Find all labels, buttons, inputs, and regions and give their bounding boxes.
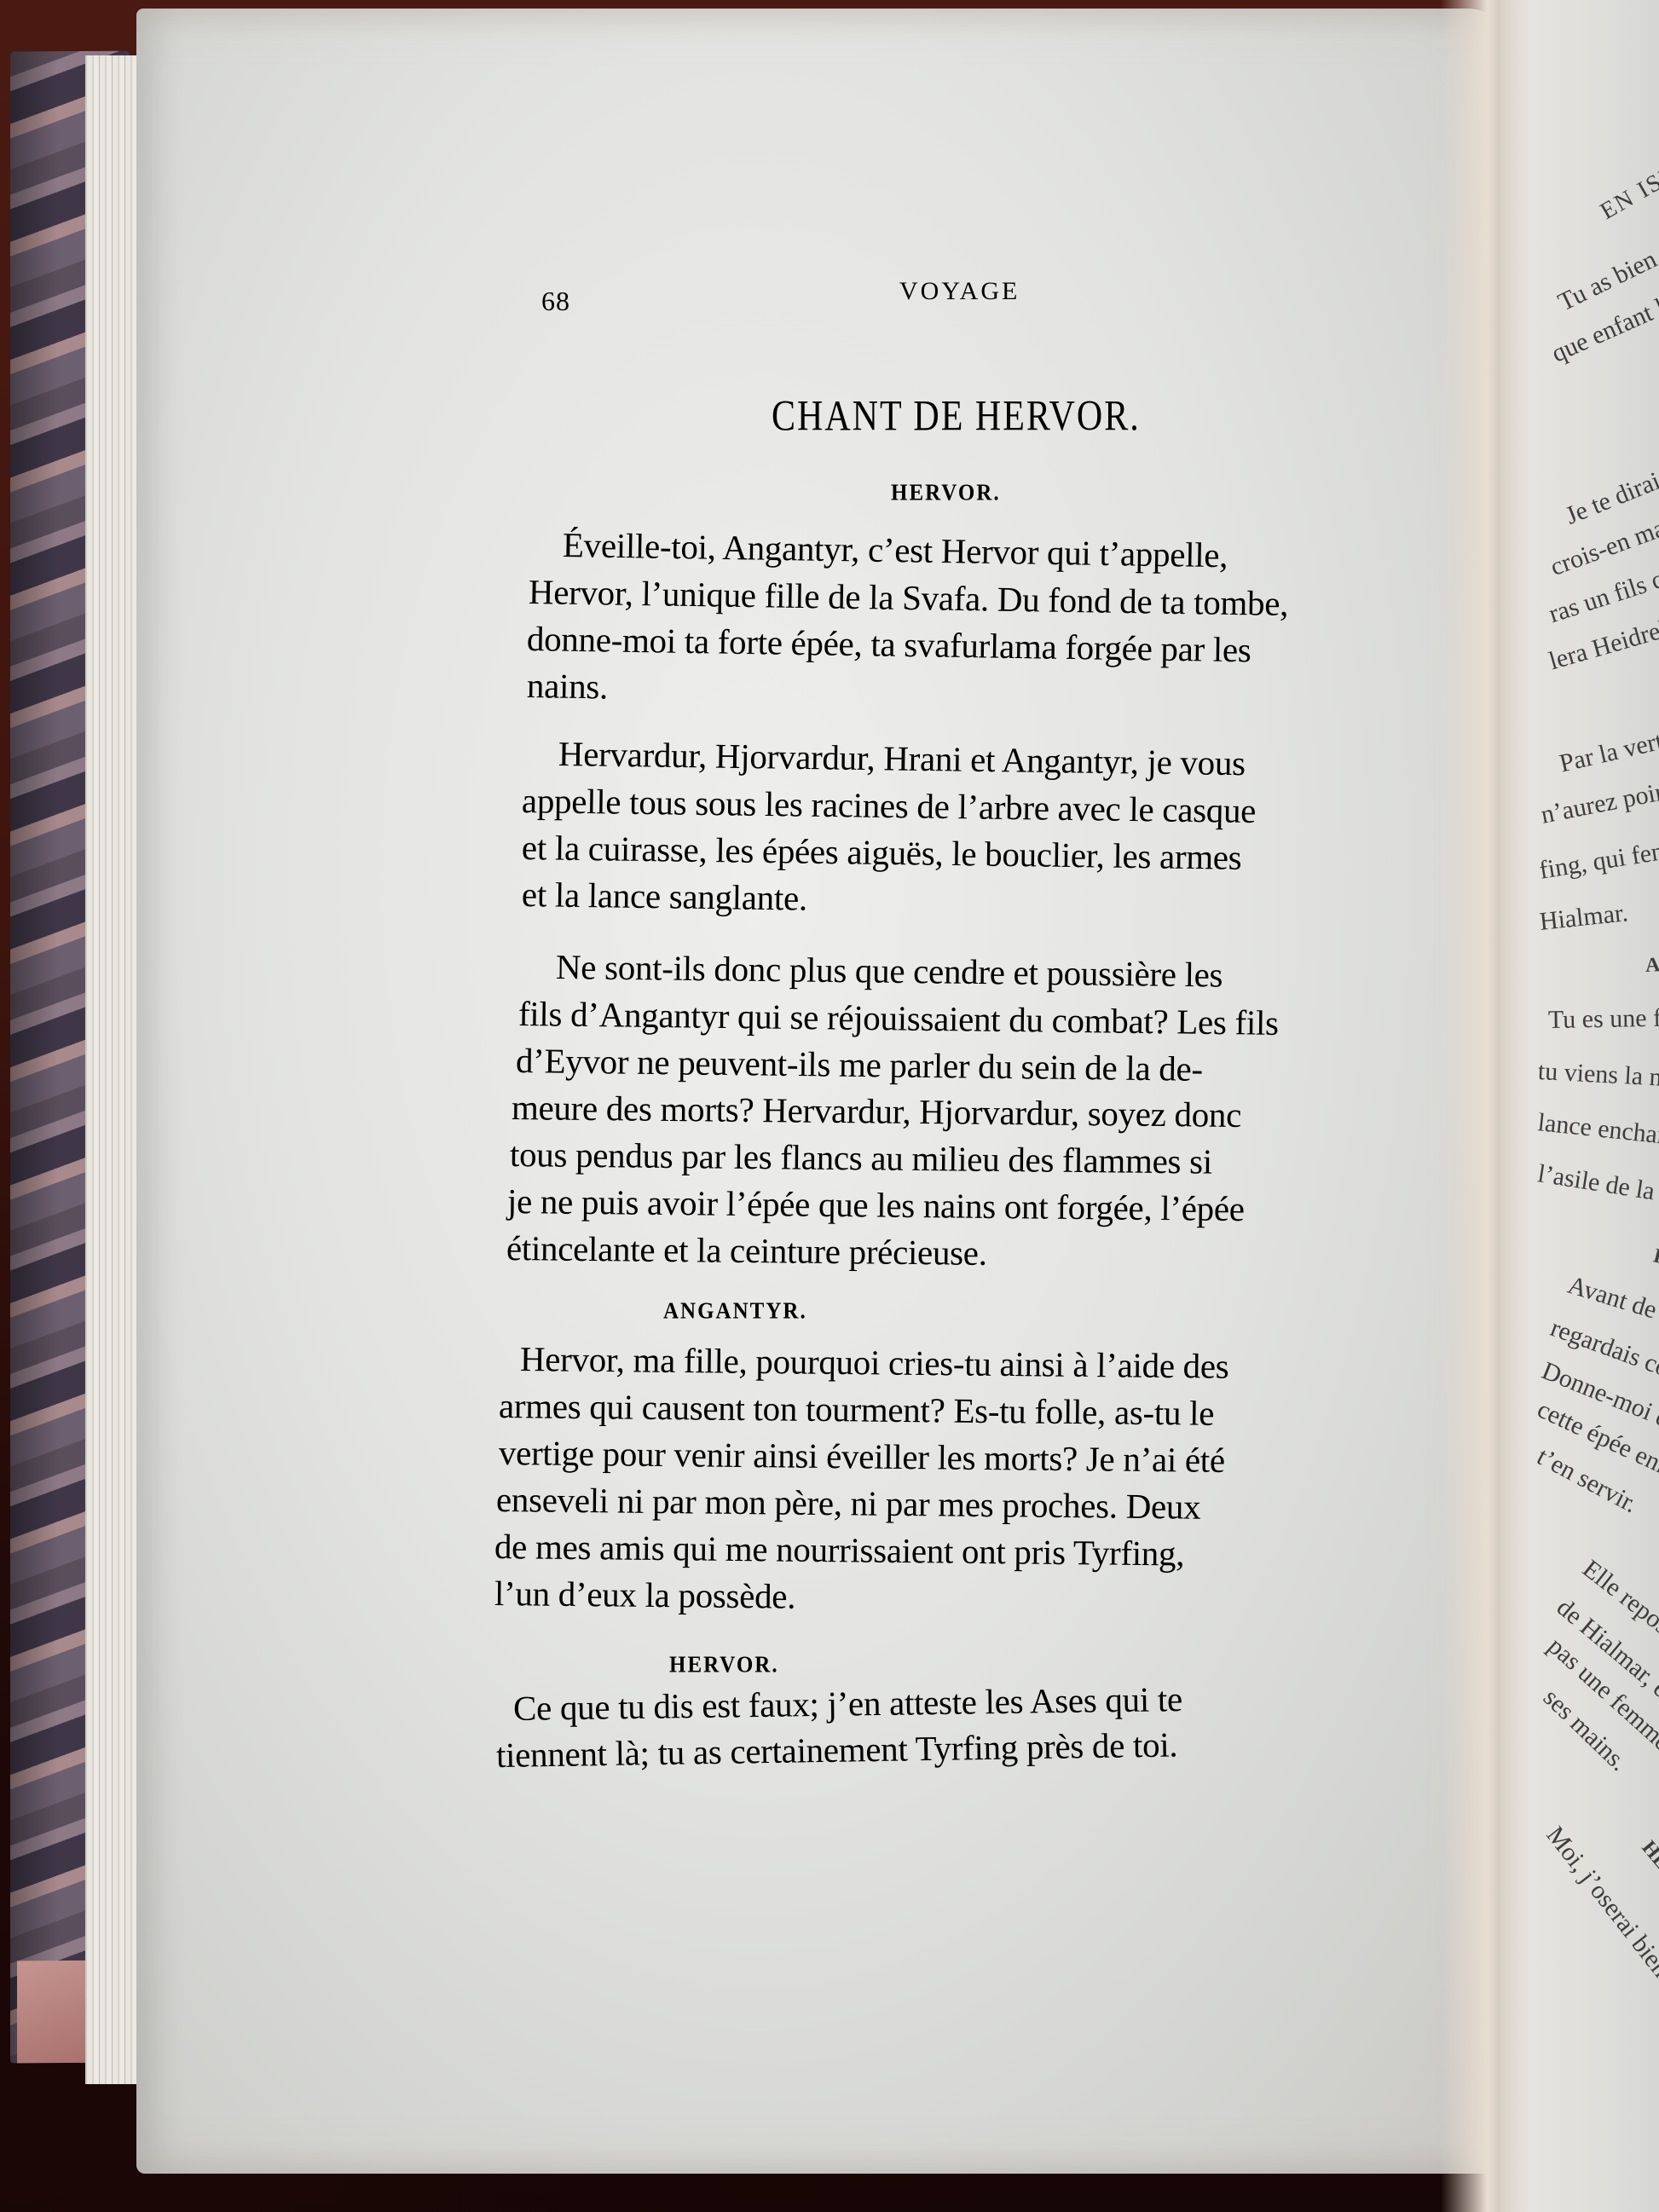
text-line: enseveli ni par mon père, ni par mes pro… — [496, 1479, 1201, 1528]
text-line: je ne puis avoir l’épée que les nains on… — [507, 1181, 1245, 1229]
right-line: fing, qui fend les bou — [1537, 823, 1659, 886]
text-line: meure des morts? Hervardur, Hjorvardur, … — [512, 1087, 1242, 1135]
right-speaker: ANGA — [1645, 951, 1659, 978]
text-line: et la lance sanglante. — [522, 874, 808, 919]
right-line: tu viens la nuit errer aut — [1537, 1057, 1659, 1099]
text-line: de mes amis qui me nourrissaient ont pri… — [494, 1526, 1185, 1574]
right-line: Je te dirai, Herv — [1562, 442, 1659, 530]
page-number: 68 — [541, 286, 570, 317]
right-line: lance enchantée, avec le c — [1536, 1108, 1659, 1164]
text-line: armes qui causent ton tourment? Es-tu fo… — [499, 1385, 1215, 1434]
right-page: EN ISL Tu as bien de la p que enfant l’h… — [1500, 0, 1659, 2212]
right-running-title: EN ISL — [1596, 160, 1659, 226]
running-head: 68 VOYAGE — [541, 277, 1360, 320]
speaker-heading: HERVOR. — [891, 481, 1001, 507]
right-speaker: HE — [1651, 1245, 1659, 1274]
right-line: Par la vertu de mes — [1557, 707, 1659, 779]
right-line: l’asile de la mort. — [1535, 1159, 1659, 1216]
text-line: l’un d’eux la possède. — [494, 1573, 796, 1617]
right-line: Tu es une femme, mais — [1548, 1002, 1659, 1035]
chapter-title: CHANT DE HERVOR. — [772, 392, 1141, 442]
text-line: étincelante et la ceinture précieuse. — [506, 1227, 987, 1273]
running-title: VOYAGE — [899, 277, 1020, 306]
speaker-heading: ANGANTYR. — [663, 1299, 807, 1325]
right-speaker: HERVOR. — [1637, 1837, 1659, 1924]
text-line: Ne sont-ils donc plus que cendre et pous… — [556, 946, 1223, 996]
speaker-heading: HERVOR. — [669, 1653, 779, 1679]
text-line: vertige pour venir ainsi éveiller les mo… — [499, 1432, 1225, 1481]
text-line: d’Eyvor ne peuvent-ils me parler du sein… — [516, 1040, 1203, 1089]
text-line: Hervor, ma fille, pourquoi cries-tu ains… — [520, 1338, 1229, 1387]
text-line: tous pendus par les flancs au milieu des… — [510, 1134, 1212, 1182]
right-line: Hialmar. — [1538, 898, 1629, 937]
text-line: nains. — [527, 665, 609, 707]
